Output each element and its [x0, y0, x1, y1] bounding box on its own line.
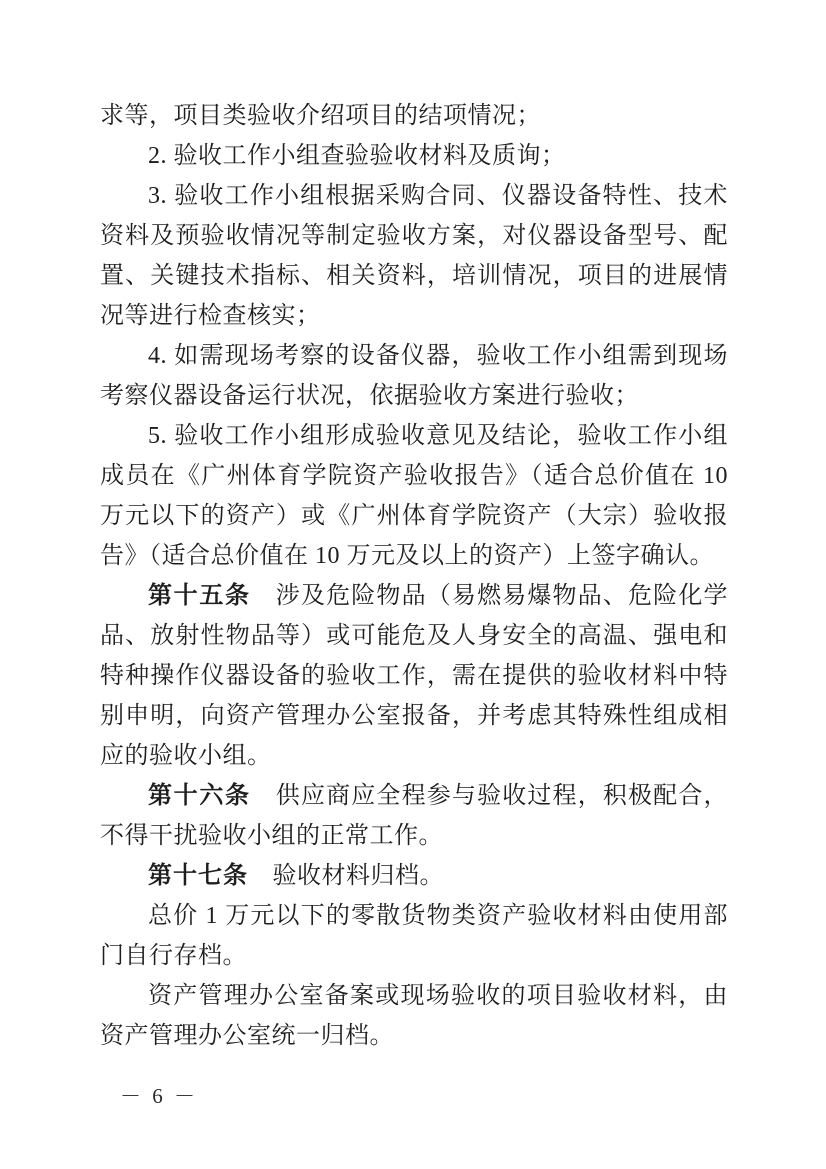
page-number: － 6 －	[120, 1080, 198, 1110]
text-run: 验收材料归档。	[248, 863, 444, 889]
text-run: 4. 如需现场考察的设备仪器，验收工作小组需到现场考察仪器设备运行状况，依据验收…	[100, 343, 728, 409]
text-run: 求等，项目类验收介绍项目的结项情况；	[100, 103, 541, 129]
article-number-term: 第十六条	[148, 782, 251, 809]
text-run: 5. 验收工作小组形成验收意见及结论，验收工作小组成员在《广州体育学院资产验收报…	[100, 423, 728, 569]
text-run: 涉及危险物品（易燃易爆物品、危险化学品、放射性物品等）或可能危及人身安全的高温、…	[100, 583, 728, 769]
article-number-term: 第十七条	[148, 862, 248, 889]
paragraph: 求等，项目类验收介绍项目的结项情况；	[100, 96, 728, 136]
paragraph: 第十六条 供应商应全程参与验收过程，积极配合，不得干扰验收小组的正常工作。	[100, 776, 728, 856]
article-number-term: 第十五条	[148, 582, 251, 609]
paragraph: 5. 验收工作小组形成验收意见及结论，验收工作小组成员在《广州体育学院资产验收报…	[100, 416, 728, 576]
text-run: 3. 验收工作小组根据采购合同、仪器设备特性、技术资料及预验收情况等制定验收方案…	[100, 183, 728, 329]
paragraph: 4. 如需现场考察的设备仪器，验收工作小组需到现场考察仪器设备运行状况，依据验收…	[100, 336, 728, 416]
paragraph: 资产管理办公室备案或现场验收的项目验收材料，由资产管理办公室统一归档。	[100, 976, 728, 1056]
paragraph: 3. 验收工作小组根据采购合同、仪器设备特性、技术资料及预验收情况等制定验收方案…	[100, 176, 728, 336]
text-run: 资产管理办公室备案或现场验收的项目验收材料，由资产管理办公室统一归档。	[100, 983, 728, 1049]
paragraph: 第十七条 验收材料归档。	[100, 856, 728, 896]
paragraph: 2. 验收工作小组查验验收材料及质询；	[100, 136, 728, 176]
paragraph: 第十五条 涉及危险物品（易燃易爆物品、危险化学品、放射性物品等）或可能危及人身安…	[100, 576, 728, 776]
paragraph: 总价 1 万元以下的零散货物类资产验收材料由使用部门自行存档。	[100, 896, 728, 976]
document-body-text: 求等，项目类验收介绍项目的结项情况；2. 验收工作小组查验验收材料及质询；3. …	[100, 96, 728, 1056]
document-page: 求等，项目类验收介绍项目的结项情况；2. 验收工作小组查验验收材料及质询；3. …	[0, 0, 826, 1169]
text-run: 2. 验收工作小组查验验收材料及质询；	[148, 143, 566, 169]
text-run: 总价 1 万元以下的零散货物类资产验收材料由使用部门自行存档。	[100, 903, 728, 969]
